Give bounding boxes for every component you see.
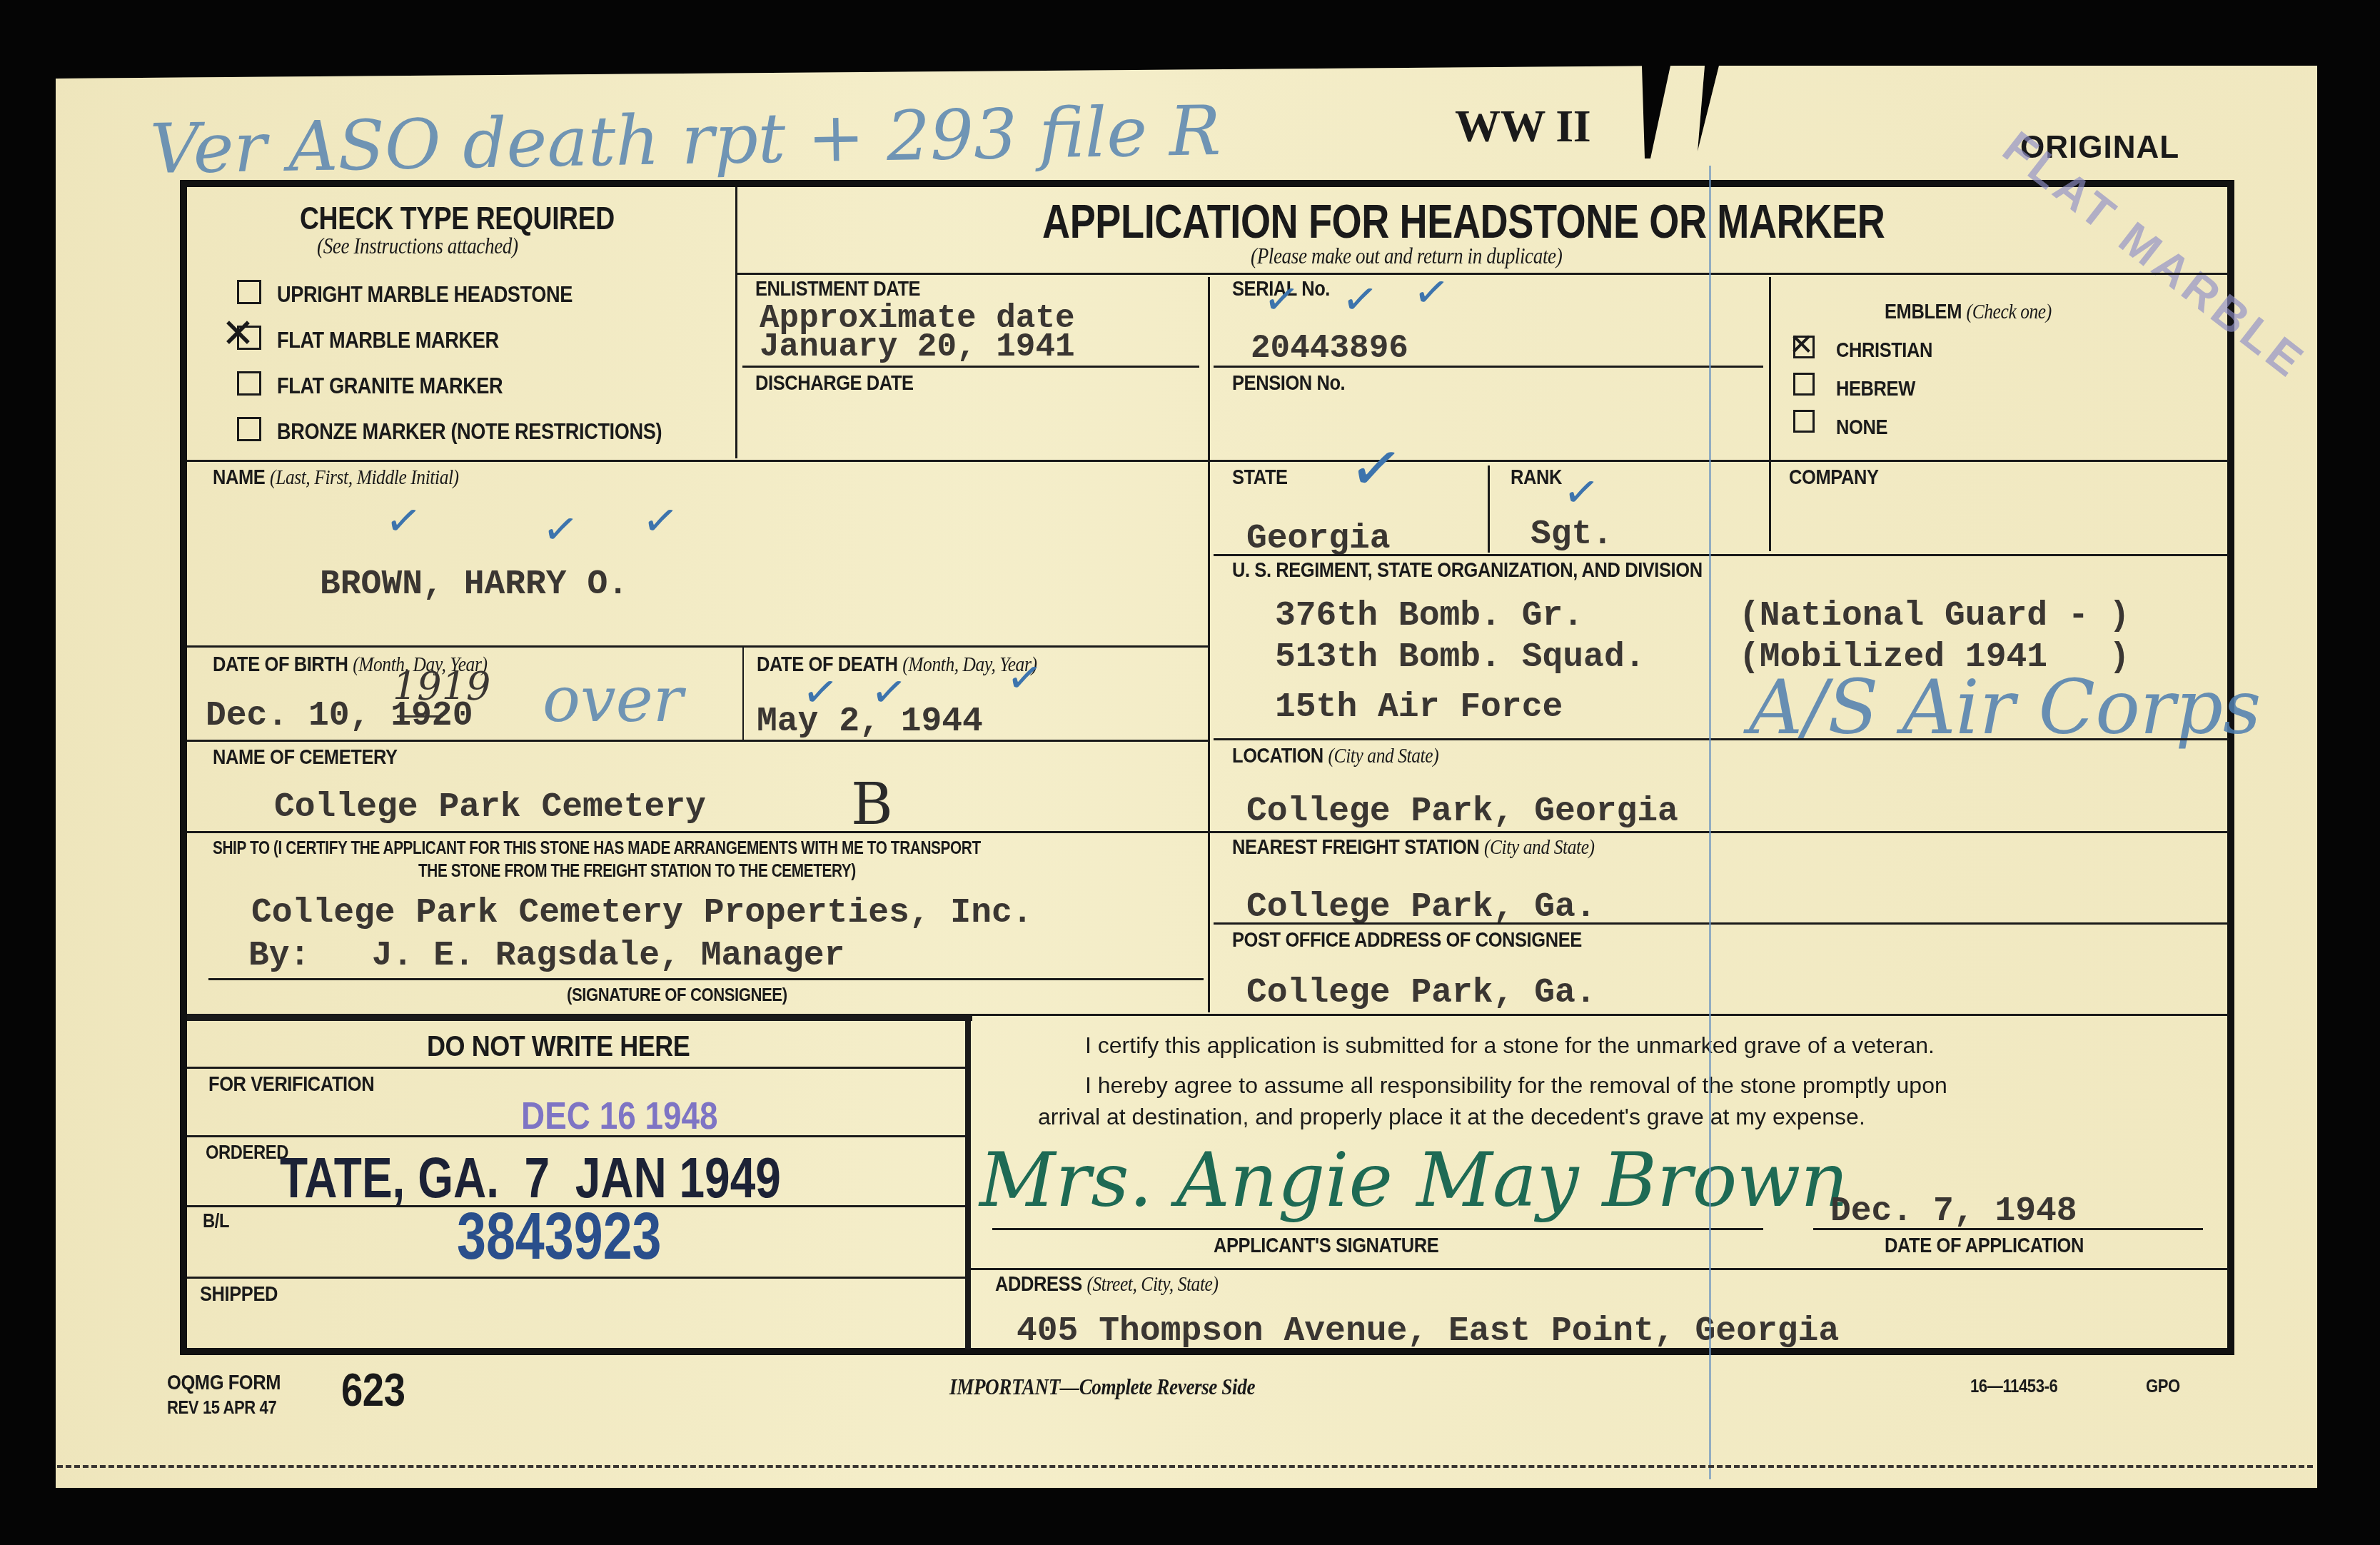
form-subtitle-text: (Please make out and return in duplicate… — [1251, 243, 1562, 268]
freight-value: College Park, Ga. — [1246, 888, 1596, 927]
x-check-icon: ✕ — [1789, 330, 1814, 360]
check-type-heading: CHECK TYPE REQUIRED — [300, 201, 615, 237]
applicant-signature: Mrs. Angie May Brown — [979, 1137, 1848, 1224]
enlistment-label: ENLISTMENT DATE — [755, 277, 920, 301]
regiment-note-1: (National Guard - ) — [1739, 597, 2129, 635]
ordered-label: ORDERED — [206, 1141, 288, 1164]
divider — [1214, 738, 2229, 740]
checkmark-icon: ✓ — [1261, 276, 1302, 323]
checkmark-icon: ✓ — [383, 498, 424, 545]
office-box-side — [965, 1014, 971, 1349]
divider — [187, 1135, 965, 1137]
divider — [187, 1067, 965, 1069]
signature-line — [208, 978, 1204, 980]
divider — [187, 1277, 965, 1279]
consignee-signature-label: (SIGNATURE OF CONSIGNEE) — [567, 984, 787, 1006]
perforation-line — [57, 1465, 2313, 1468]
birth-handwritten-note: over — [543, 663, 683, 736]
divider — [1214, 554, 2229, 556]
freight-label-text: NEAREST FREIGHT STATION — [1232, 835, 1479, 859]
verification-label: FOR VERIFICATION — [208, 1072, 374, 1097]
ship-to-label-1: SHIP TO (I CERTIFY THE APPLICANT FOR THI… — [213, 837, 981, 859]
company-label: COMPANY — [1789, 465, 1878, 490]
form-subtitle: (Please make out and return in duplicate… — [1251, 243, 1562, 269]
name-value: BROWN, HARRY O. — [320, 565, 628, 604]
ship-to-value-1: College Park Cemetery Properties, Inc. — [251, 894, 1033, 932]
rank-value: Sgt. — [1531, 515, 1613, 554]
checkmark-icon: ✓ — [540, 506, 581, 553]
state-label: STATE — [1232, 465, 1288, 490]
checkmark-icon: ✓ — [1560, 469, 1602, 516]
bl-label: B/L — [203, 1209, 229, 1232]
form-title: APPLICATION FOR HEADSTONE OR MARKER — [1042, 194, 1885, 248]
application-date-label: DATE OF APPLICATION — [1885, 1234, 2084, 1258]
birth-label-text: DATE OF BIRTH — [213, 653, 348, 676]
address-label: ADDRESS (Street, City, State) — [995, 1272, 1219, 1297]
bronze-marker-label: BRONZE MARKER (NOTE RESTRICTIONS) — [277, 418, 662, 445]
strikethrough — [397, 715, 443, 718]
check-type-note: (See Instructions attached) — [317, 233, 518, 258]
important-note: IMPORTANT—Complete Reverse Side — [949, 1374, 1255, 1400]
printer-code: GPO — [2146, 1375, 2180, 1397]
divider — [1208, 277, 1210, 1012]
regiment-line-2: 513th Bomb. Squad. — [1275, 638, 1645, 677]
x-check-icon: ✕ — [221, 314, 255, 354]
divider — [1488, 465, 1490, 553]
divider — [187, 645, 1208, 648]
address-label-text: ADDRESS — [995, 1272, 1082, 1296]
important-note-text: IMPORTANT—Complete Reverse Side — [949, 1374, 1255, 1399]
ship-to-label-2: THE STONE FROM THE FREIGHT STATION TO TH… — [418, 860, 856, 882]
upright-marble-label: UPRIGHT MARBLE HEADSTONE — [277, 281, 573, 308]
office-use-heading: DO NOT WRITE HERE — [427, 1031, 690, 1063]
location-label: LOCATION (City and State) — [1232, 744, 1438, 768]
ship-to-value-2: By: J. E. Ragsdale, Manager — [248, 937, 844, 975]
discharge-label: DISCHARGE DATE — [755, 371, 914, 396]
divider — [187, 831, 2229, 833]
death-value: May 2, 1944 — [757, 703, 983, 741]
freight-label: NEAREST FREIGHT STATION (City and State) — [1232, 835, 1595, 860]
office-box-top — [187, 1014, 972, 1021]
emblem-heading: EMBLEM (Check one) — [1885, 300, 2052, 324]
divider — [1769, 277, 1771, 551]
regiment-label: U. S. REGIMENT, STATE ORGANIZATION, AND … — [1232, 558, 1703, 583]
divider — [1214, 366, 1763, 368]
applicant-signature-label: APPLICANT'S SIGNATURE — [1214, 1234, 1438, 1258]
bl-stamp: 3843923 — [457, 1199, 662, 1274]
post-office-value: College Park, Ga. — [1246, 974, 1596, 1012]
emblem-note: (Check one) — [1967, 300, 2052, 323]
war-label: WW II — [1455, 100, 1590, 153]
divider — [971, 1268, 2229, 1270]
freight-label-note: (City and State) — [1484, 835, 1595, 859]
flat-granite-checkbox[interactable] — [237, 371, 261, 396]
none-label: NONE — [1836, 416, 1887, 440]
certification-line-1: I certify this application is submitted … — [1085, 1032, 1935, 1059]
rank-label: RANK — [1511, 465, 1562, 490]
hebrew-label: HEBREW — [1836, 377, 1915, 401]
flat-marble-label: FLAT MARBLE MARKER — [277, 327, 499, 353]
application-date: Dec. 7, 1948 — [1830, 1192, 2077, 1231]
pension-label: PENSION No. — [1232, 371, 1345, 396]
divider — [735, 187, 737, 458]
form-id-line-1: OQMG FORM — [167, 1371, 281, 1395]
cemetery-value: College Park Cemetery — [274, 788, 706, 827]
address-label-note: (Street, City, State) — [1086, 1272, 1218, 1296]
certification-line-3: arrival at destination, and properly pla… — [1038, 1104, 1865, 1130]
post-office-label: POST OFFICE ADDRESS OF CONSIGNEE — [1232, 928, 1582, 952]
bronze-marker-checkbox[interactable] — [237, 417, 261, 441]
form-number: 623 — [341, 1364, 405, 1416]
divider — [742, 366, 1199, 368]
date-line — [1813, 1228, 2203, 1230]
checkmark-icon: ✓ — [640, 498, 681, 545]
checkmark-icon: ✓ — [1345, 433, 1407, 505]
checkmark-icon: ✓ — [1411, 269, 1452, 316]
birth-correction: 1919 — [393, 664, 490, 709]
flat-granite-label: FLAT GRANITE MARKER — [277, 373, 503, 399]
state-value: Georgia — [1246, 520, 1391, 558]
check-type-subheading: (See Instructions attached) — [317, 233, 518, 259]
name-label-note: (Last, First, Middle Initial) — [270, 465, 459, 489]
serial-value: 20443896 — [1251, 330, 1408, 367]
signature-line — [992, 1228, 1763, 1230]
emblem-heading-text: EMBLEM — [1885, 300, 1962, 323]
divider — [971, 1014, 2229, 1016]
form-id-line-2: REV 15 APR 47 — [167, 1396, 276, 1419]
cemetery-mark: B — [851, 771, 893, 837]
name-label: NAME (Last, First, Middle Initial) — [213, 465, 459, 490]
hebrew-checkbox[interactable] — [1793, 373, 1815, 396]
location-value: College Park, Georgia — [1246, 792, 1678, 831]
name-label-text: NAME — [213, 465, 265, 489]
upright-marble-checkbox[interactable] — [237, 280, 261, 304]
checkmark-icon: ✓ — [1004, 655, 1045, 702]
pencil-mark — [1709, 166, 1711, 1479]
location-label-note: (City and State) — [1328, 744, 1439, 768]
verification-stamp: DEC 16 1948 — [521, 1094, 718, 1138]
regiment-line-1: 376th Bomb. Gr. — [1275, 597, 1583, 635]
shipped-label: SHIPPED — [200, 1282, 278, 1307]
divider — [187, 740, 1208, 742]
none-checkbox[interactable] — [1793, 410, 1815, 433]
print-code: 16—11453-6 — [1970, 1375, 2057, 1397]
divider — [742, 647, 744, 740]
certification-line-2: I hereby agree to assume all responsibil… — [1085, 1072, 1947, 1099]
location-label-text: LOCATION — [1232, 744, 1323, 768]
christian-label: CHRISTIAN — [1836, 338, 1932, 363]
cemetery-label: NAME OF CEMETERY — [213, 745, 398, 770]
regiment-line-3: 15th Air Force — [1275, 688, 1563, 727]
divider — [735, 273, 2229, 275]
divider — [1214, 922, 2229, 925]
address-value: 405 Thompson Avenue, East Point, Georgia — [1017, 1312, 1839, 1351]
enlistment-value-2: January 20, 1941 — [760, 328, 1075, 366]
checkmark-icon: ✓ — [1339, 276, 1381, 323]
